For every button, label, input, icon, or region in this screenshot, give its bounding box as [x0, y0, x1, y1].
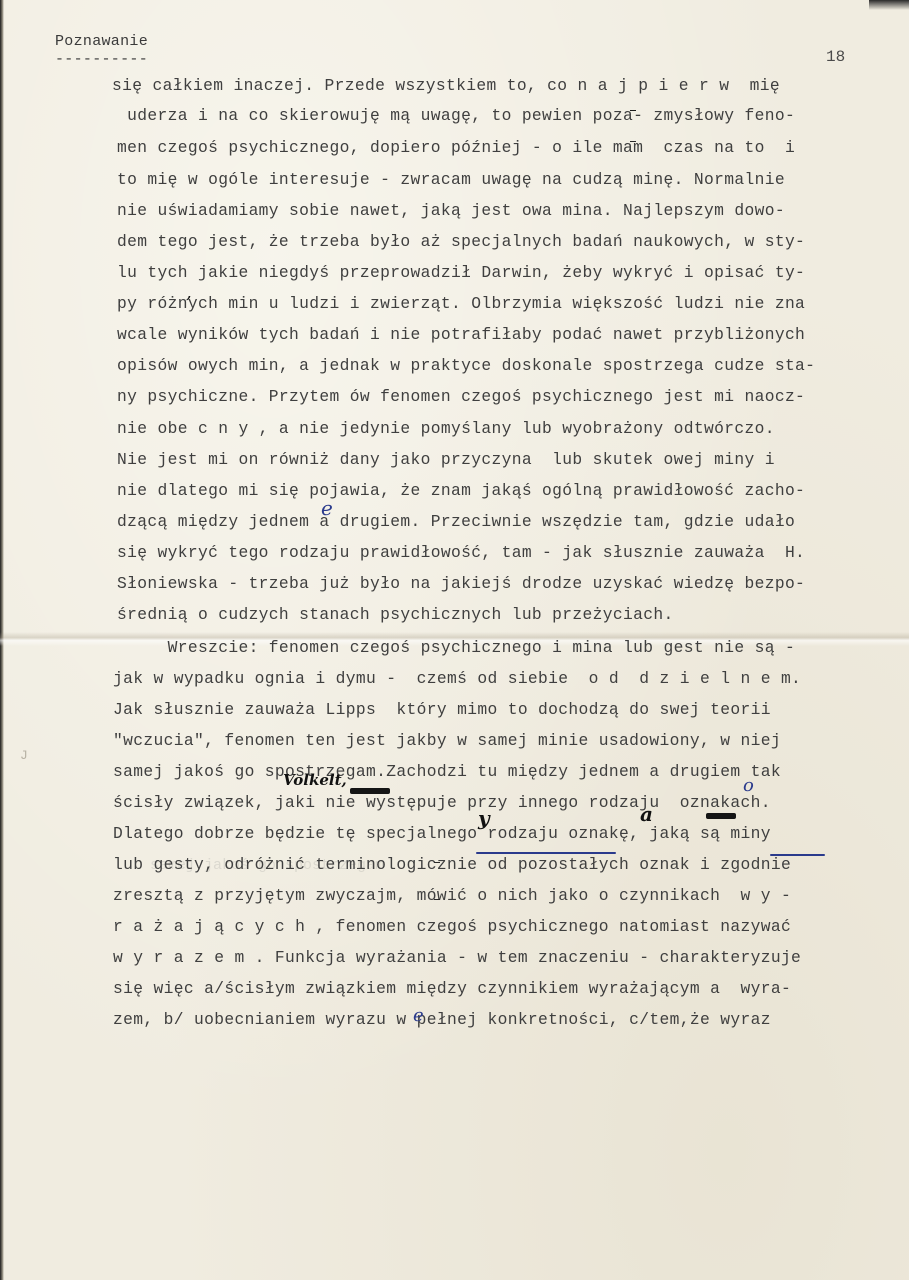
text-line: ścisły związek, jaki nie występuje przy …: [113, 793, 771, 812]
text-line: lu tych jakie niegdyś przeprowadził Darw…: [117, 263, 805, 282]
text-line: nie obe c n y , a nie jedynie pomyślany …: [117, 419, 775, 438]
page-number: 18: [826, 48, 845, 66]
text-line: w y r a z e m . Funkcja wyrażania - w te…: [113, 948, 801, 967]
running-header-rule: ----------: [55, 51, 148, 68]
text-line: jak w wypadku ognia i dymu - czemś od si…: [113, 669, 801, 688]
running-header-title: Poznawanie: [55, 33, 148, 50]
text-line: średnią o cudzych stanach psychicznych l…: [117, 605, 674, 624]
text-line: dzącą między jednem a drugiem. Przeciwni…: [117, 512, 795, 531]
text-line: ny psychiczne. Przytem ów fenomen czegoś…: [117, 387, 805, 406]
underline-w-niej: [770, 854, 825, 856]
margin-mark: J: [20, 748, 28, 763]
text-line: Wreszcie: fenomen czegoś psychicznego i …: [117, 638, 795, 657]
text-line: się całkiem inaczej. Przede wszystkiem t…: [112, 76, 780, 95]
text-line: Nie jest mi on równiż dany jako przyczyn…: [117, 450, 775, 469]
text-line: r a ż a j ą c y c h , fenomen czegoś psy…: [113, 917, 791, 936]
text-line: men czegoś psychicznego, dopiero później…: [117, 138, 795, 157]
text-line: to mię w ogóle interesuje - zwracam uwag…: [117, 170, 785, 189]
text-line: Słoniewska - trzeba już było na jakiejś …: [117, 574, 805, 593]
insert-bracket-mark: [630, 110, 636, 142]
text-line: zem, b/ uobecnianiem wyrazu w pełnej kon…: [113, 1010, 771, 1029]
underline-w-samej-minie: [476, 852, 616, 854]
text-line: opisów owych min, a jednak w praktyce do…: [117, 356, 815, 375]
text-line: się wykryć tego rodzaju prawidłowość, ta…: [117, 543, 805, 562]
text-line: lub gesty, odróżnić terminologicznie od …: [113, 855, 791, 874]
page-corner-shadow: [869, 0, 909, 10]
text-line: Dlatego dobrze będzie tę specjalnego rod…: [113, 824, 771, 843]
strikeout-swej: [706, 813, 736, 819]
text-line: nie uświadamiamy sobie nawet, jaką jest …: [117, 201, 785, 220]
insert-bracket-mark-2: [434, 862, 440, 900]
text-line: "wczucia", fenomen ten jest jakby w same…: [113, 731, 781, 750]
text-line: wcale wyników tych badań i nie potrafiła…: [117, 325, 805, 344]
text-line: nie dlatego mi się pojawia, że znam jaką…: [117, 481, 805, 500]
text-line: Jak słusznie zauważa Lipps który mimo to…: [113, 700, 771, 719]
text-line: zresztą z przyjętym zwyczajm, mówić o ni…: [113, 886, 791, 905]
strikeout-mark: [350, 788, 390, 794]
text-line: py różnych min u ludzi i zwierząt. Olbrz…: [117, 294, 805, 313]
text-line: samej jakoś go spostrzegam.Zachodzi tu m…: [113, 762, 781, 781]
text-line: dem tego jest, że trzeba było aż specjal…: [117, 232, 805, 251]
text-line: się więc a/ścisłym związkiem między czyn…: [113, 979, 791, 998]
text-line: uderza i na co skierowuję mą uwagę, to p…: [117, 106, 795, 125]
